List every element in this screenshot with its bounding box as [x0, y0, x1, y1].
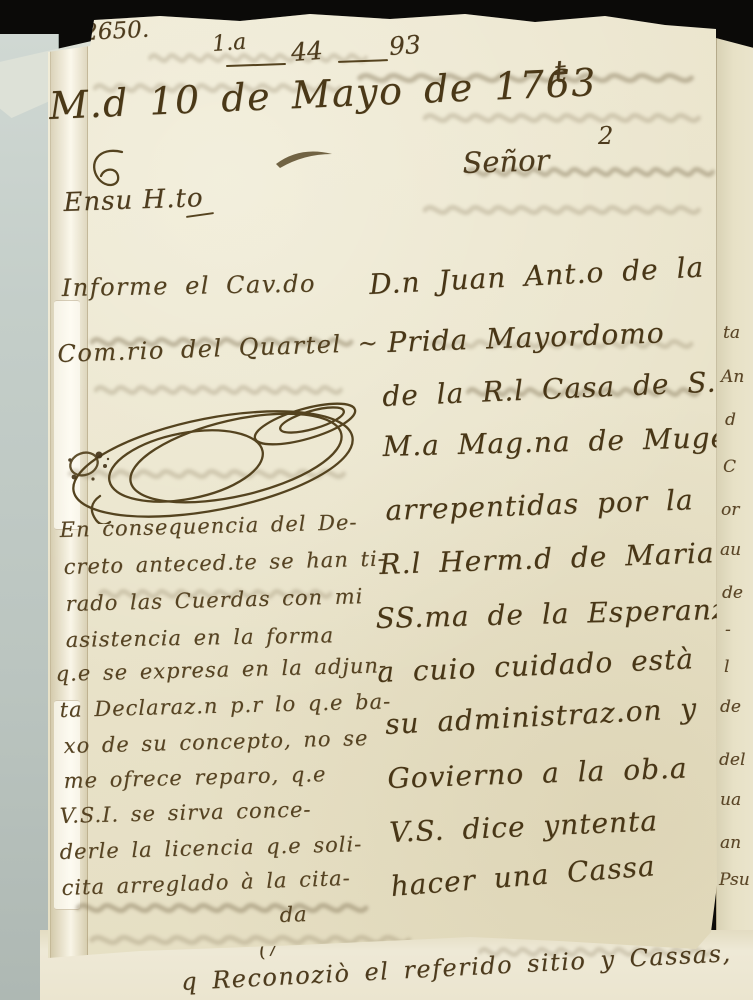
- petition-line: V.S. dice yntenta: [389, 804, 659, 849]
- report-line: da: [279, 902, 308, 927]
- report-line: derle la licencia q.e soli-: [59, 832, 362, 864]
- edge-fragment: au: [720, 540, 741, 560]
- reference-part: 44: [290, 36, 324, 67]
- petition-line: hacer una Cassa: [389, 849, 656, 903]
- edge-fragment: ua: [720, 790, 741, 810]
- petition-line: Govierno a la ob.a: [387, 752, 688, 795]
- scanned-manuscript: (7 q Reconoziò el referido sitio y Cassa…: [0, 0, 753, 1000]
- report-line: me ofrece reparo, q.e: [63, 762, 326, 793]
- edge-fragment: d: [725, 410, 736, 430]
- report-line: q.e se expresa en la adjun-: [55, 653, 387, 686]
- edge-fragment: Psu: [719, 870, 750, 890]
- edge-fragment: del: [719, 750, 745, 770]
- reference-part: 93: [388, 30, 422, 61]
- report-line: cita arreglado à la cita-: [61, 866, 351, 900]
- report-line: creto anteced.te se han ti-: [63, 547, 386, 579]
- reference-part: 1.a: [211, 30, 247, 57]
- dash-stroke: [226, 63, 286, 67]
- dateline: M.d 10 de Mayo de 1763: [48, 60, 598, 128]
- edge-fragment: C: [723, 457, 736, 477]
- report-line: ta Declaraz.n p.r lo q.e ba-: [59, 689, 391, 722]
- edge-fragment: de: [722, 583, 743, 603]
- report-line: asistencia en la forma: [66, 623, 335, 652]
- petition-line: R.l Herm.d de Maria: [379, 536, 715, 581]
- manuscript-page: 2650. 1.a 44 93 t M.d 10 de Mayo de 1763…: [0, 0, 753, 1000]
- edge-fragment: An: [721, 367, 744, 387]
- date-underline-curl: [270, 146, 344, 174]
- response-note: Ensu H.to: [63, 183, 204, 218]
- ink-blot: [64, 438, 116, 490]
- dash-stroke: [338, 59, 388, 63]
- folio-number: 2650.: [83, 17, 150, 46]
- margin-note-line: Informe el Cav.do: [62, 270, 317, 302]
- edge-fragment: -: [725, 620, 731, 640]
- adjacent-page-edge: ta An d C or au de - l de del ua an Psu: [716, 28, 753, 1000]
- petition-line: M.a Mag.na de Mugeres: [382, 420, 753, 463]
- petition-line: D.n Juan Ant.o de la: [368, 250, 705, 301]
- margin-note-line: Com.rio del Quartel ~: [57, 329, 380, 368]
- edge-fragment: or: [721, 500, 739, 520]
- report-line: xo de su concepto, no se: [63, 726, 368, 758]
- petition-line: SS.ma de la Esperanza: [375, 592, 745, 635]
- petition-line: arrepentidas por la: [385, 483, 694, 527]
- small-page-number: 2: [598, 122, 613, 150]
- petition-line: a cuio cuidado està: [377, 642, 695, 689]
- edge-fragment: de: [720, 697, 741, 717]
- petition-line: su administraz.on y: [384, 692, 698, 741]
- petition-line: de la R.l Casa de S.ta: [382, 364, 747, 413]
- petition-line: Prida Mayordomo: [387, 316, 665, 359]
- report-line: V.S.I. se sirva conce-: [59, 797, 311, 828]
- edge-fragment: l: [724, 657, 729, 677]
- edge-fragment: an: [720, 833, 741, 853]
- salutation: Señor: [462, 143, 550, 180]
- edge-fragment: ta: [723, 323, 740, 343]
- report-line: rado las Cuerdas con mi: [65, 584, 363, 616]
